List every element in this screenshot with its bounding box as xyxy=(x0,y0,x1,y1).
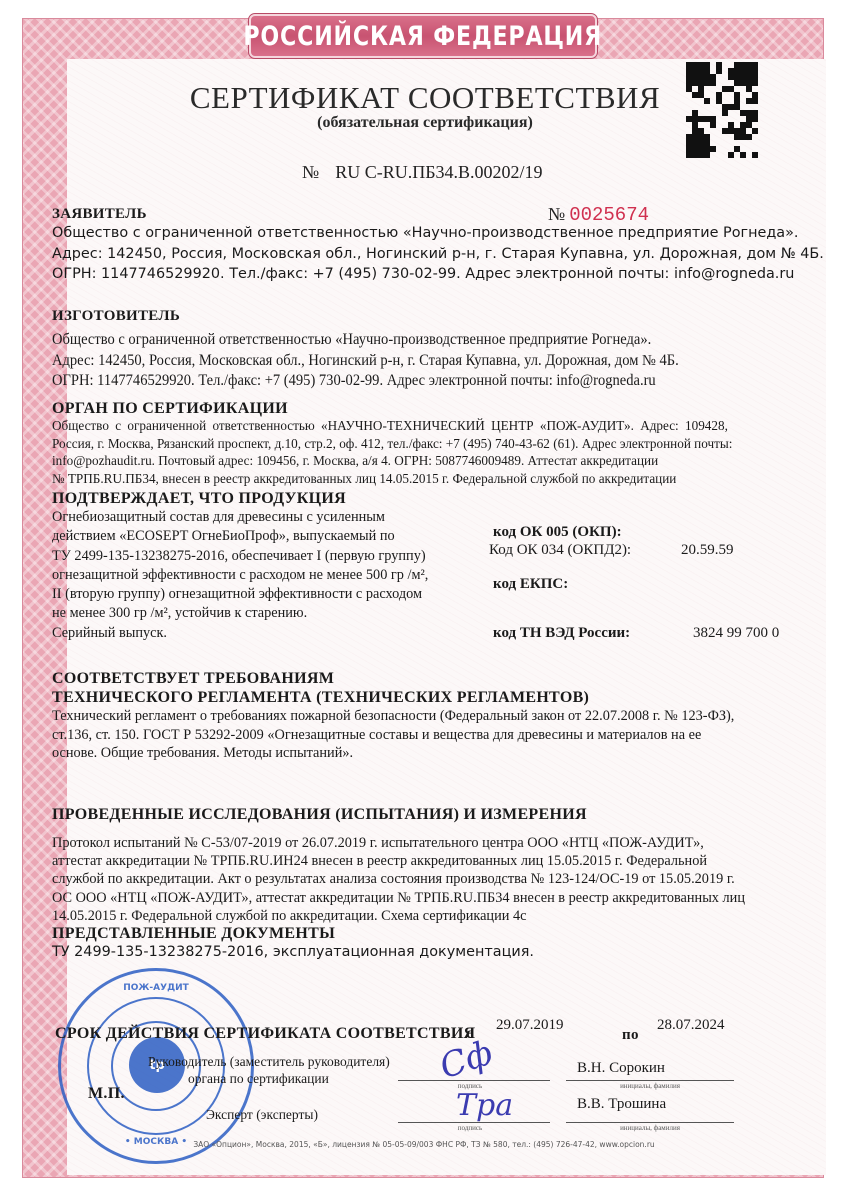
manufacturer-line: Общество с ограниченной ответственностью… xyxy=(52,330,679,351)
product-line: действием «ECOSEPT ОгнеБиоПроф», выпуска… xyxy=(52,527,428,546)
requirements-heading: СООТВЕТСТВУЕТ ТРЕБОВАНИЯМ xyxy=(52,670,334,688)
certification-body-line: info@pozhaudit.ru. Почтовый адрес: 10945… xyxy=(52,452,732,470)
seal-place-label: М.П. xyxy=(88,1085,125,1103)
qr-code-icon xyxy=(686,62,758,158)
expert-role-label: Эксперт (эксперты) xyxy=(206,1107,318,1123)
documents-heading: ПРЕДСТАВЛЕННЫЕ ДОКУМЕНТЫ xyxy=(52,925,335,943)
manufacturer-details: Общество с ограниченной ответственностью… xyxy=(52,330,679,392)
document-title: СЕРТИФИКАТ СООТВЕТСТВИЯ xyxy=(160,80,690,116)
tests-line: 14.05.2015 г. Федеральной службой по акк… xyxy=(52,907,745,925)
tnved-code-value: 3824 99 700 0 xyxy=(693,625,779,642)
form-number-label: № xyxy=(548,204,565,224)
product-line: не менее 300 гр /м², устойчив к старению… xyxy=(52,604,428,623)
requirements-line: ст.136, ст. 150. ГОСТ Р 53292-2009 «Огне… xyxy=(52,726,734,745)
seal-top-text: ПОЖ-АУДИТ xyxy=(61,983,251,993)
ekps-code-label: код ЕКПС: xyxy=(493,576,568,593)
product-line: ТУ 2499-135-13238275-2016, обеспечивает … xyxy=(52,547,428,566)
name-caption: инициалы, фамилия xyxy=(600,1124,700,1132)
product-line: II (вторую группу) огнезащитной эффектив… xyxy=(52,585,428,604)
country-banner-text: РОССИЙСКАЯ ФЕДЕРАЦИЯ xyxy=(244,21,603,52)
validity-to-label: по xyxy=(622,1027,639,1044)
head-role-label-2: органа по сертификации xyxy=(188,1071,329,1087)
certification-body-heading: ОРГАН ПО СЕРТИФИКАЦИИ xyxy=(52,400,288,418)
applicant-line: Общество с ограниченной ответственностью… xyxy=(52,223,824,244)
tests-line: службой по аккредитации. Акт о результат… xyxy=(52,870,745,888)
product-description: Огнебиозащитный состав для древесины с у… xyxy=(52,508,428,643)
product-line: Серийный выпуск. xyxy=(52,624,428,643)
product-line: огнезащитной эффективности с расходом не… xyxy=(52,566,428,585)
certification-body-line: № ТРПБ.RU.ПБ34, внесен в реестр аккредит… xyxy=(52,470,732,488)
validity-heading: СРОК ДЕЙСТВИЯ СЕРТИФИКАТА СООТВЕТСТВИЯ xyxy=(55,1025,475,1043)
certificate-number-value: RU C-RU.ПБ34.В.00202/19 xyxy=(335,162,542,182)
okpd2-code-value: 20.59.59 xyxy=(681,542,734,559)
validity-from-date: 29.07.2019 xyxy=(496,1017,564,1034)
tnved-code-label: код ТН ВЭД России: xyxy=(493,625,630,642)
manufacturer-heading: ИЗГОТОВИТЕЛЬ xyxy=(52,308,180,325)
certificate-number: №RU C-RU.ПБ34.В.00202/19 xyxy=(302,162,543,183)
applicant-line: Адрес: 142450, Россия, Московская обл., … xyxy=(52,244,824,265)
tests-details: Протокол испытаний № С-53/07-2019 от 26.… xyxy=(52,834,745,925)
name-caption: инициалы, фамилия xyxy=(600,1082,700,1090)
validity-to-date: 28.07.2024 xyxy=(657,1017,725,1034)
tests-line: аттестат аккредитации № ТРПБ.RU.ИН24 вне… xyxy=(52,852,745,870)
head-name: В.Н. Сорокин xyxy=(577,1060,665,1077)
expert-signature: Тра xyxy=(456,1088,513,1123)
signature-caption: подпись xyxy=(440,1124,500,1132)
okpd2-code-label: Код ОК 034 (ОКПД2): xyxy=(489,542,631,559)
manufacturer-line: Адрес: 142450, Россия, Московская обл., … xyxy=(52,351,679,372)
requirements-line: основе. Общие требования. Методы испытан… xyxy=(52,744,734,763)
expert-name: В.В. Трошина xyxy=(577,1096,666,1113)
certification-body-line: Россия, г. Москва, Рязанский проспект, д… xyxy=(52,435,732,453)
applicant-details: Общество с ограниченной ответственностью… xyxy=(52,223,824,285)
country-banner: РОССИЙСКАЯ ФЕДЕРАЦИЯ xyxy=(249,14,597,58)
applicant-line: ОГРН: 1147746529920. Тел./факс: +7 (495)… xyxy=(52,264,824,285)
document-subtitle: (обязательная сертификация) xyxy=(200,114,650,132)
head-name-line xyxy=(566,1080,734,1081)
tests-heading: ПРОВЕДЕННЫЕ ИССЛЕДОВАНИЯ (ИСПЫТАНИЯ) И И… xyxy=(52,806,587,824)
certificate-number-label: № xyxy=(302,162,319,182)
documents-line: ТУ 2499-135-13238275-2016, эксплуатацион… xyxy=(52,942,534,963)
okp-code-label: код ОК 005 (ОКП): xyxy=(493,524,622,541)
expert-name-line xyxy=(566,1122,734,1123)
tests-line: Протокол испытаний № С-53/07-2019 от 26.… xyxy=(52,834,745,852)
tests-line: ОС ООО «НТЦ «ПОЖ-АУДИТ», аттестат аккред… xyxy=(52,889,745,907)
requirements-details: Технический регламент о требованиях пожа… xyxy=(52,707,734,763)
product-heading: ПОДТВЕРЖДАЕТ, ЧТО ПРОДУКЦИЯ xyxy=(52,490,346,508)
applicant-heading: ЗАЯВИТЕЛЬ xyxy=(52,206,147,223)
printer-footer: ЗАО «Опцион», Москва, 2015, «Б», лицензи… xyxy=(0,1140,848,1149)
manufacturer-line: ОГРН: 1147746529920. Тел./факс: +7 (495)… xyxy=(52,371,679,392)
certification-body-line: Общество с ограниченной ответственностью… xyxy=(52,417,732,435)
head-signature-line xyxy=(398,1080,550,1081)
requirements-line: Технический регламент о требованиях пожа… xyxy=(52,707,734,726)
certification-body-details: Общество с ограниченной ответственностью… xyxy=(52,417,732,487)
product-line: Огнебиозащитный состав для древесины с у… xyxy=(52,508,428,527)
head-role-label: Руководитель (заместитель руководителя) xyxy=(148,1054,390,1070)
requirements-subheading: ТЕХНИЧЕСКОГО РЕГЛАМЕНТА (ТЕХНИЧЕСКИХ РЕГ… xyxy=(52,689,589,707)
